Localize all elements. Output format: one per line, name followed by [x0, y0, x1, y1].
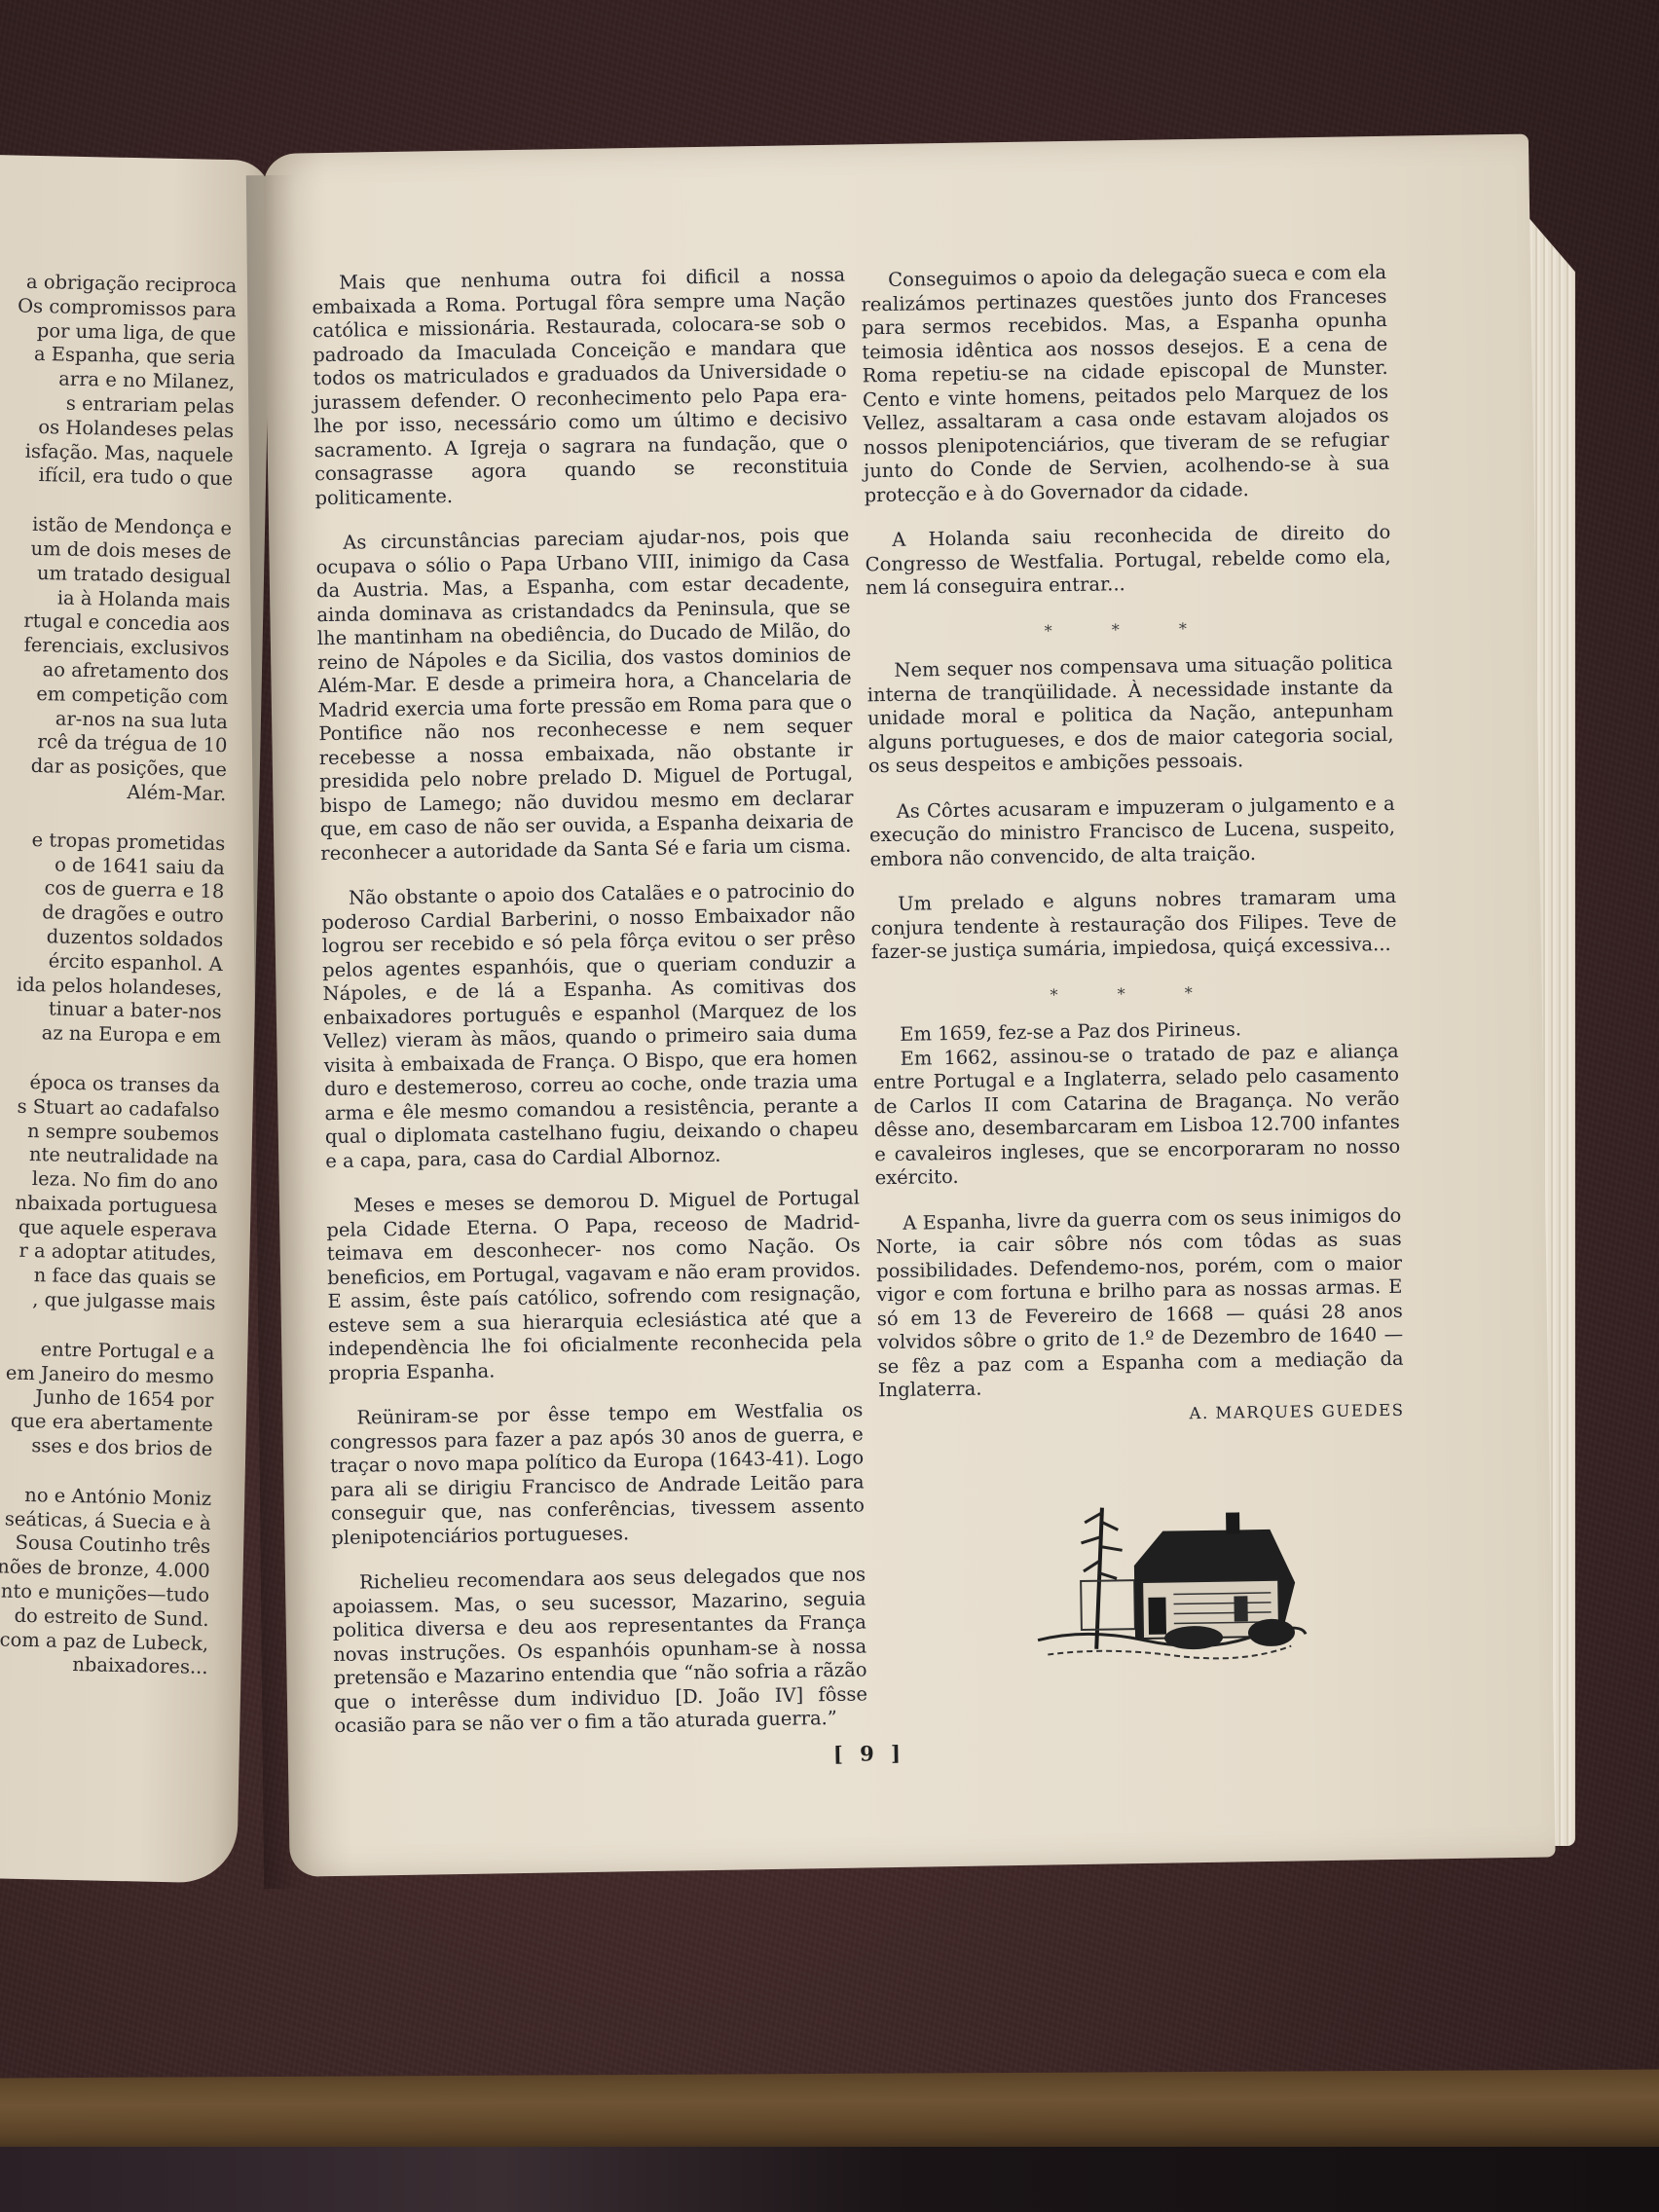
main-left-column: Mais que nenhuma outra foi dificil a nos… — [312, 264, 868, 1760]
paragraph: Nem sequer nos compensava uma situação p… — [866, 651, 1394, 779]
author-signature: A. MARQUES GUEDES — [878, 1398, 1404, 1430]
facing-block-3: e tropas prometidaso de 1641 saiu dacos … — [0, 825, 226, 1050]
cottage-illustration-icon — [1026, 1490, 1311, 1679]
paragraph: As circunstâncias pareciam ajudar-nos, p… — [315, 524, 854, 866]
section-separator-asterisks: * * * — [866, 613, 1392, 645]
paragraph: As Côrtes acusaram e impuzeram o julgame… — [869, 792, 1396, 871]
paragraph: Não obstante o apoio dos Catalães e o pa… — [321, 879, 860, 1174]
paragraph: Richelieu recomendara aos seus delegados… — [332, 1563, 868, 1738]
facing-block-6: no e António Monizseáticas, á Suecia e à… — [0, 1480, 211, 1680]
paragraph: A Holanda saiu reconhecida de direito do… — [865, 521, 1391, 601]
section-separator-asterisks: * * * — [872, 977, 1398, 1010]
facing-page: a obrigação reciprocaOs compromissos par… — [0, 154, 273, 1884]
paragraph: Reüniram-se por êsse tempo em Westfalia … — [329, 1398, 865, 1550]
main-right-column: Conseguimos o apoio da delegação sueca e… — [861, 261, 1409, 1681]
paragraph: Mais que nenhuma outra foi dificil a nos… — [312, 264, 849, 511]
main-page: Mais que nenhuma outra foi dificil a nos… — [263, 134, 1556, 1877]
paragraph: Em 1662, assinou-se o tratado de paz e a… — [872, 1039, 1400, 1190]
facing-block-1: a obrigação reciprocaOs compromissos par… — [0, 268, 238, 493]
page-number: [ 9 ] — [833, 1741, 901, 1766]
paragraph: Um prelado e alguns nobres tramaram uma … — [870, 885, 1397, 965]
paragraph: Conseguimos o apoio da delegação sueca e… — [861, 261, 1390, 507]
wooden-table-edge — [0, 2070, 1659, 2157]
paragraph: Meses e meses se demorou D. Miguel de Po… — [326, 1187, 863, 1386]
facing-block-2: istão de Mendonça eum de dois meses deum… — [0, 510, 232, 807]
floor-background — [0, 2147, 1659, 2212]
facing-page-text: a obrigação reciprocaOs compromissos par… — [0, 268, 238, 1680]
facing-block-4: época os transes das Stuart ao cadafalso… — [0, 1067, 220, 1315]
facing-block-5: entre Portugal e aem Janeiro do mesmoJun… — [0, 1334, 215, 1461]
paragraph: A Espanha, livre da guerra com os seus i… — [875, 1203, 1404, 1402]
